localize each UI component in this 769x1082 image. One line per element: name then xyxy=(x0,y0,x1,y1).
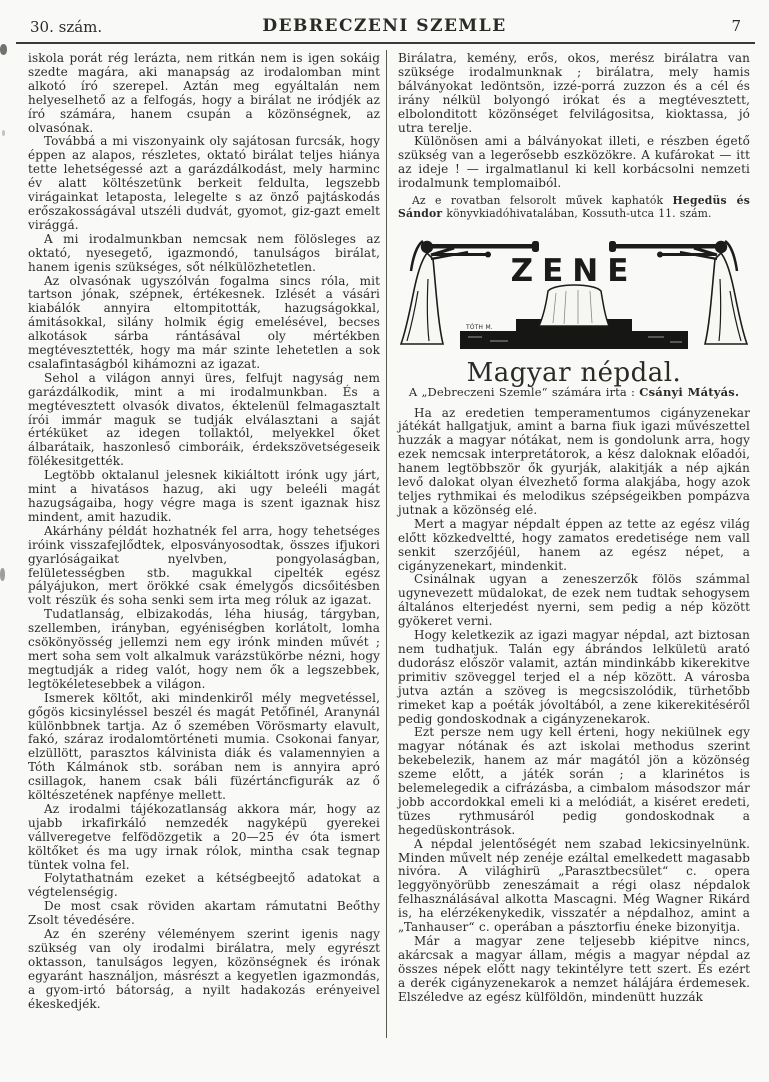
publisher-notice: Az e rovatban felsorolt művek kaphatók H… xyxy=(398,194,750,220)
page-number: 7 xyxy=(731,17,741,35)
paragraph: Az irodalmi tájékozatlanság akkora már, … xyxy=(28,803,380,873)
masthead-rule xyxy=(16,42,755,44)
zene-section-ornament: ZENE TÓTH M. xyxy=(398,231,750,359)
paragraph: Ezt persze nem ugy kell érteni, hogy nek… xyxy=(398,726,750,837)
paragraph: A népdal jelentőségét nem szabad lekicsi… xyxy=(398,838,750,935)
illustrator-signature: TÓTH M. xyxy=(465,324,493,331)
left-column: iskola porát rég lerázta, nem ritkán nem… xyxy=(28,52,380,1012)
paragraph: De most csak röviden akartam rámutatni B… xyxy=(28,900,380,928)
drapery-mound xyxy=(539,285,609,326)
paragraph: Továbbá a mi viszonyaink oly sajátosan f… xyxy=(28,135,380,232)
paragraph: Ha az eredetien temperamentumos cigányze… xyxy=(398,407,750,518)
paragraph: Folytathatnám ezeket a kétségbeejtő adat… xyxy=(28,872,380,900)
paragraph: iskola porát rég lerázta, nem ritkán nem… xyxy=(28,52,380,135)
article-byline: A „Debreczeni Szemle“ számára irta : Csá… xyxy=(398,386,750,400)
newspaper-title: DEBRECZENI SZEMLE xyxy=(0,16,769,36)
paragraph: Különösen ami a bálványokat illeti, e ré… xyxy=(398,135,750,191)
column-divider xyxy=(386,50,387,1038)
byline-prefix: A „Debreczeni Szemle“ számára irta : xyxy=(409,385,639,399)
masthead: 30. szám. DEBRECZENI SZEMLE 7 xyxy=(0,14,769,40)
scan-smudge xyxy=(0,568,5,581)
article-title: Magyar népdal. xyxy=(398,367,750,381)
paragraph: Csinálnak ugyan a zeneszerzők fölös szám… xyxy=(398,573,750,629)
paragraph: Tudatlanság, elbizakodás, léha hiuság, t… xyxy=(28,608,380,691)
paragraph: Birálatra, kemény, erős, okos, merész bi… xyxy=(398,52,750,135)
trumpeters-illustration: ZENE TÓTH M. xyxy=(398,231,750,355)
paragraph: Az olvasónak ugyszólván fogalma sincs ró… xyxy=(28,275,380,372)
paragraph: Mert a magyar népdalt éppen az tette az … xyxy=(398,518,750,574)
notice-text: Az e rovatban felsorolt művek kaphatók xyxy=(412,194,672,207)
paragraph: Hogy keletkezik az igazi magyar népdal, … xyxy=(398,629,750,726)
pedestal-base xyxy=(460,331,688,349)
scan-smudge xyxy=(0,44,7,55)
essay-continuation: Birálatra, kemény, erős, okos, merész bi… xyxy=(398,52,750,191)
paragraph: Legtöbb oktalanul jelesnek kikiáltott ir… xyxy=(28,469,380,525)
paragraph: Ismerek költőt, aki mindenkiről mély meg… xyxy=(28,692,380,803)
paragraph: Akárhány példát hozhatnék fel arra, hogy… xyxy=(28,525,380,608)
paragraph: Sehol a világon annyi üres, felfujt nagy… xyxy=(28,372,380,469)
newspaper-page: 30. szám. DEBRECZENI SZEMLE 7 iskola por… xyxy=(0,0,769,1082)
scan-smudge xyxy=(2,130,5,136)
paragraph: Már a magyar zene teljesebb kiépitve nin… xyxy=(398,935,750,1005)
notice-text: könyvkiadóhivatalában, Kossuth-utca 11. … xyxy=(442,207,711,220)
article-body: Ha az eredetien temperamentumos cigányze… xyxy=(398,407,750,1005)
byline-author: Csányi Mátyás. xyxy=(639,385,739,399)
paragraph: Az én szerény véleményem szerint igenis … xyxy=(28,928,380,1011)
paragraph: A mi irodalmunkban nemcsak nem fölöslege… xyxy=(28,233,380,275)
zene-section-title: ZENE xyxy=(511,253,638,289)
right-column: Birálatra, kemény, erős, okos, merész bi… xyxy=(398,52,750,1005)
